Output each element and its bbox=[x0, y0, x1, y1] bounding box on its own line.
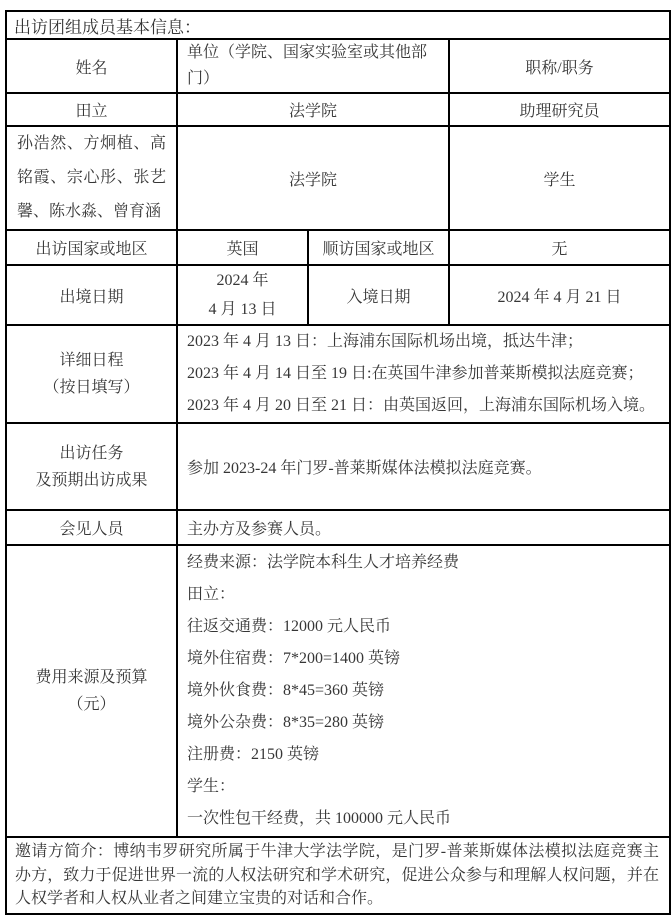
budget-line-7: 注册费：2150 英镑 bbox=[187, 739, 663, 771]
budget-label: 费用来源及预算 （元） bbox=[6, 545, 177, 837]
budget-line-2: 田立： bbox=[187, 579, 663, 611]
inviter-intro: 邀请方简介：博纳韦罗研究所属于牛津大学法学院，是门罗-普莱斯媒体法模拟法庭竞赛主… bbox=[6, 837, 670, 914]
itinerary-line-3: 2023 年 4 月 20 日至 21 日：由英国返回，上海浦东国际机场入境。 bbox=[187, 390, 663, 422]
mission-value: 参加 2023-24 年门罗-普莱斯媒体法模拟法庭竞赛。 bbox=[177, 423, 670, 510]
member-1-title: 助理研究员 bbox=[449, 93, 670, 126]
table-row-meeting: 会见人员 主办方及参赛人员。 bbox=[6, 510, 670, 545]
header-title: 职称/职务 bbox=[449, 39, 670, 93]
budget-line-4: 境外住宿费：7*200=1400 英镑 bbox=[187, 643, 663, 675]
member-1-unit: 法学院 bbox=[177, 93, 449, 126]
member-2-names: 孙浩然、方炯植、高铭霞、宗心彤、张艺馨、陈水淼、曾育涵 bbox=[6, 126, 177, 230]
member-2-title: 学生 bbox=[449, 126, 670, 230]
exit-date-line-1: 2024 年 bbox=[178, 266, 307, 295]
budget-line-6: 境外公杂费：8*35=280 英镑 bbox=[187, 707, 663, 739]
side-visit-value: 无 bbox=[449, 230, 670, 265]
table-row-headers: 姓名 单位（学院、国家实验室或其他部门） 职称/职务 bbox=[6, 39, 670, 93]
mission-label: 出访任务 及预期出访成果 bbox=[6, 423, 177, 510]
itinerary-line-1: 2023 年 4 月 13 日：上海浦东国际机场出境，抵达牛津； bbox=[187, 326, 663, 358]
itinerary-label-line-1: 详细日程 bbox=[7, 347, 176, 374]
itinerary-line-2: 2023 年 4 月 14 日至 19 日:在英国牛津参加普莱斯模拟法庭竞赛； bbox=[187, 358, 663, 390]
header-unit: 单位（学院、国家实验室或其他部门） bbox=[177, 39, 449, 93]
table-row-member-2: 孙浩然、方炯植、高铭霞、宗心彤、张艺馨、陈水淼、曾育涵 法学院 学生 bbox=[6, 126, 670, 230]
table-row-member-1: 田立 法学院 助理研究员 bbox=[6, 93, 670, 126]
mission-label-line-1: 出访任务 bbox=[7, 440, 176, 467]
table-row-destination: 出访国家或地区 英国 顺访国家或地区 无 bbox=[6, 230, 670, 265]
budget-line-3: 往返交通费：12000 元人民币 bbox=[187, 611, 663, 643]
table-row-itinerary: 详细日程 （按日填写） 2023 年 4 月 13 日：上海浦东国际机场出境，抵… bbox=[6, 325, 670, 423]
budget-label-line-1: 费用来源及预算 bbox=[7, 664, 176, 691]
mission-label-line-2: 及预期出访成果 bbox=[7, 467, 176, 494]
meeting-label: 会见人员 bbox=[6, 510, 177, 545]
budget-label-line-2: （元） bbox=[7, 691, 176, 718]
entry-date-value: 2024 年 4 月 21 日 bbox=[449, 265, 670, 325]
destination-value: 英国 bbox=[177, 230, 308, 265]
itinerary-content: 2023 年 4 月 13 日：上海浦东国际机场出境，抵达牛津； 2023 年 … bbox=[177, 325, 670, 423]
table-title: 出访团组成员基本信息： bbox=[6, 11, 670, 39]
exit-date-label: 出境日期 bbox=[6, 265, 177, 325]
delegation-info-table: 出访团组成员基本信息： 姓名 单位（学院、国家实验室或其他部门） 职称/职务 田… bbox=[5, 10, 671, 915]
member-2-unit: 法学院 bbox=[177, 126, 449, 230]
budget-line-5: 境外伙食费：8*45=360 英镑 bbox=[187, 675, 663, 707]
itinerary-label-line-2: （按日填写） bbox=[7, 374, 176, 401]
table-row-budget: 费用来源及预算 （元） 经费来源：法学院本科生人才培养经费 田立： 往返交通费：… bbox=[6, 545, 670, 837]
budget-line-9: 一次性包干经费，共 100000 元人民币 bbox=[187, 803, 663, 835]
entry-date-label: 入境日期 bbox=[308, 265, 449, 325]
itinerary-label: 详细日程 （按日填写） bbox=[6, 325, 177, 423]
budget-line-1: 经费来源：法学院本科生人才培养经费 bbox=[187, 547, 663, 579]
exit-date-value: 2024 年 4 月 13 日 bbox=[177, 265, 308, 325]
table-row-dates: 出境日期 2024 年 4 月 13 日 入境日期 2024 年 4 月 21 … bbox=[6, 265, 670, 325]
table-row-title: 出访团组成员基本信息： bbox=[6, 11, 670, 39]
destination-label: 出访国家或地区 bbox=[6, 230, 177, 265]
table-row-mission: 出访任务 及预期出访成果 参加 2023-24 年门罗-普莱斯媒体法模拟法庭竞赛… bbox=[6, 423, 670, 510]
exit-date-line-2: 4 月 13 日 bbox=[178, 295, 307, 324]
table-row-inviter-intro: 邀请方简介：博纳韦罗研究所属于牛津大学法学院，是门罗-普莱斯媒体法模拟法庭竞赛主… bbox=[6, 837, 670, 914]
meeting-value: 主办方及参赛人员。 bbox=[177, 510, 670, 545]
header-name: 姓名 bbox=[6, 39, 177, 93]
member-1-name: 田立 bbox=[6, 93, 177, 126]
budget-content: 经费来源：法学院本科生人才培养经费 田立： 往返交通费：12000 元人民币 境… bbox=[177, 545, 670, 837]
budget-line-8: 学生： bbox=[187, 771, 663, 803]
side-visit-label: 顺访国家或地区 bbox=[308, 230, 449, 265]
